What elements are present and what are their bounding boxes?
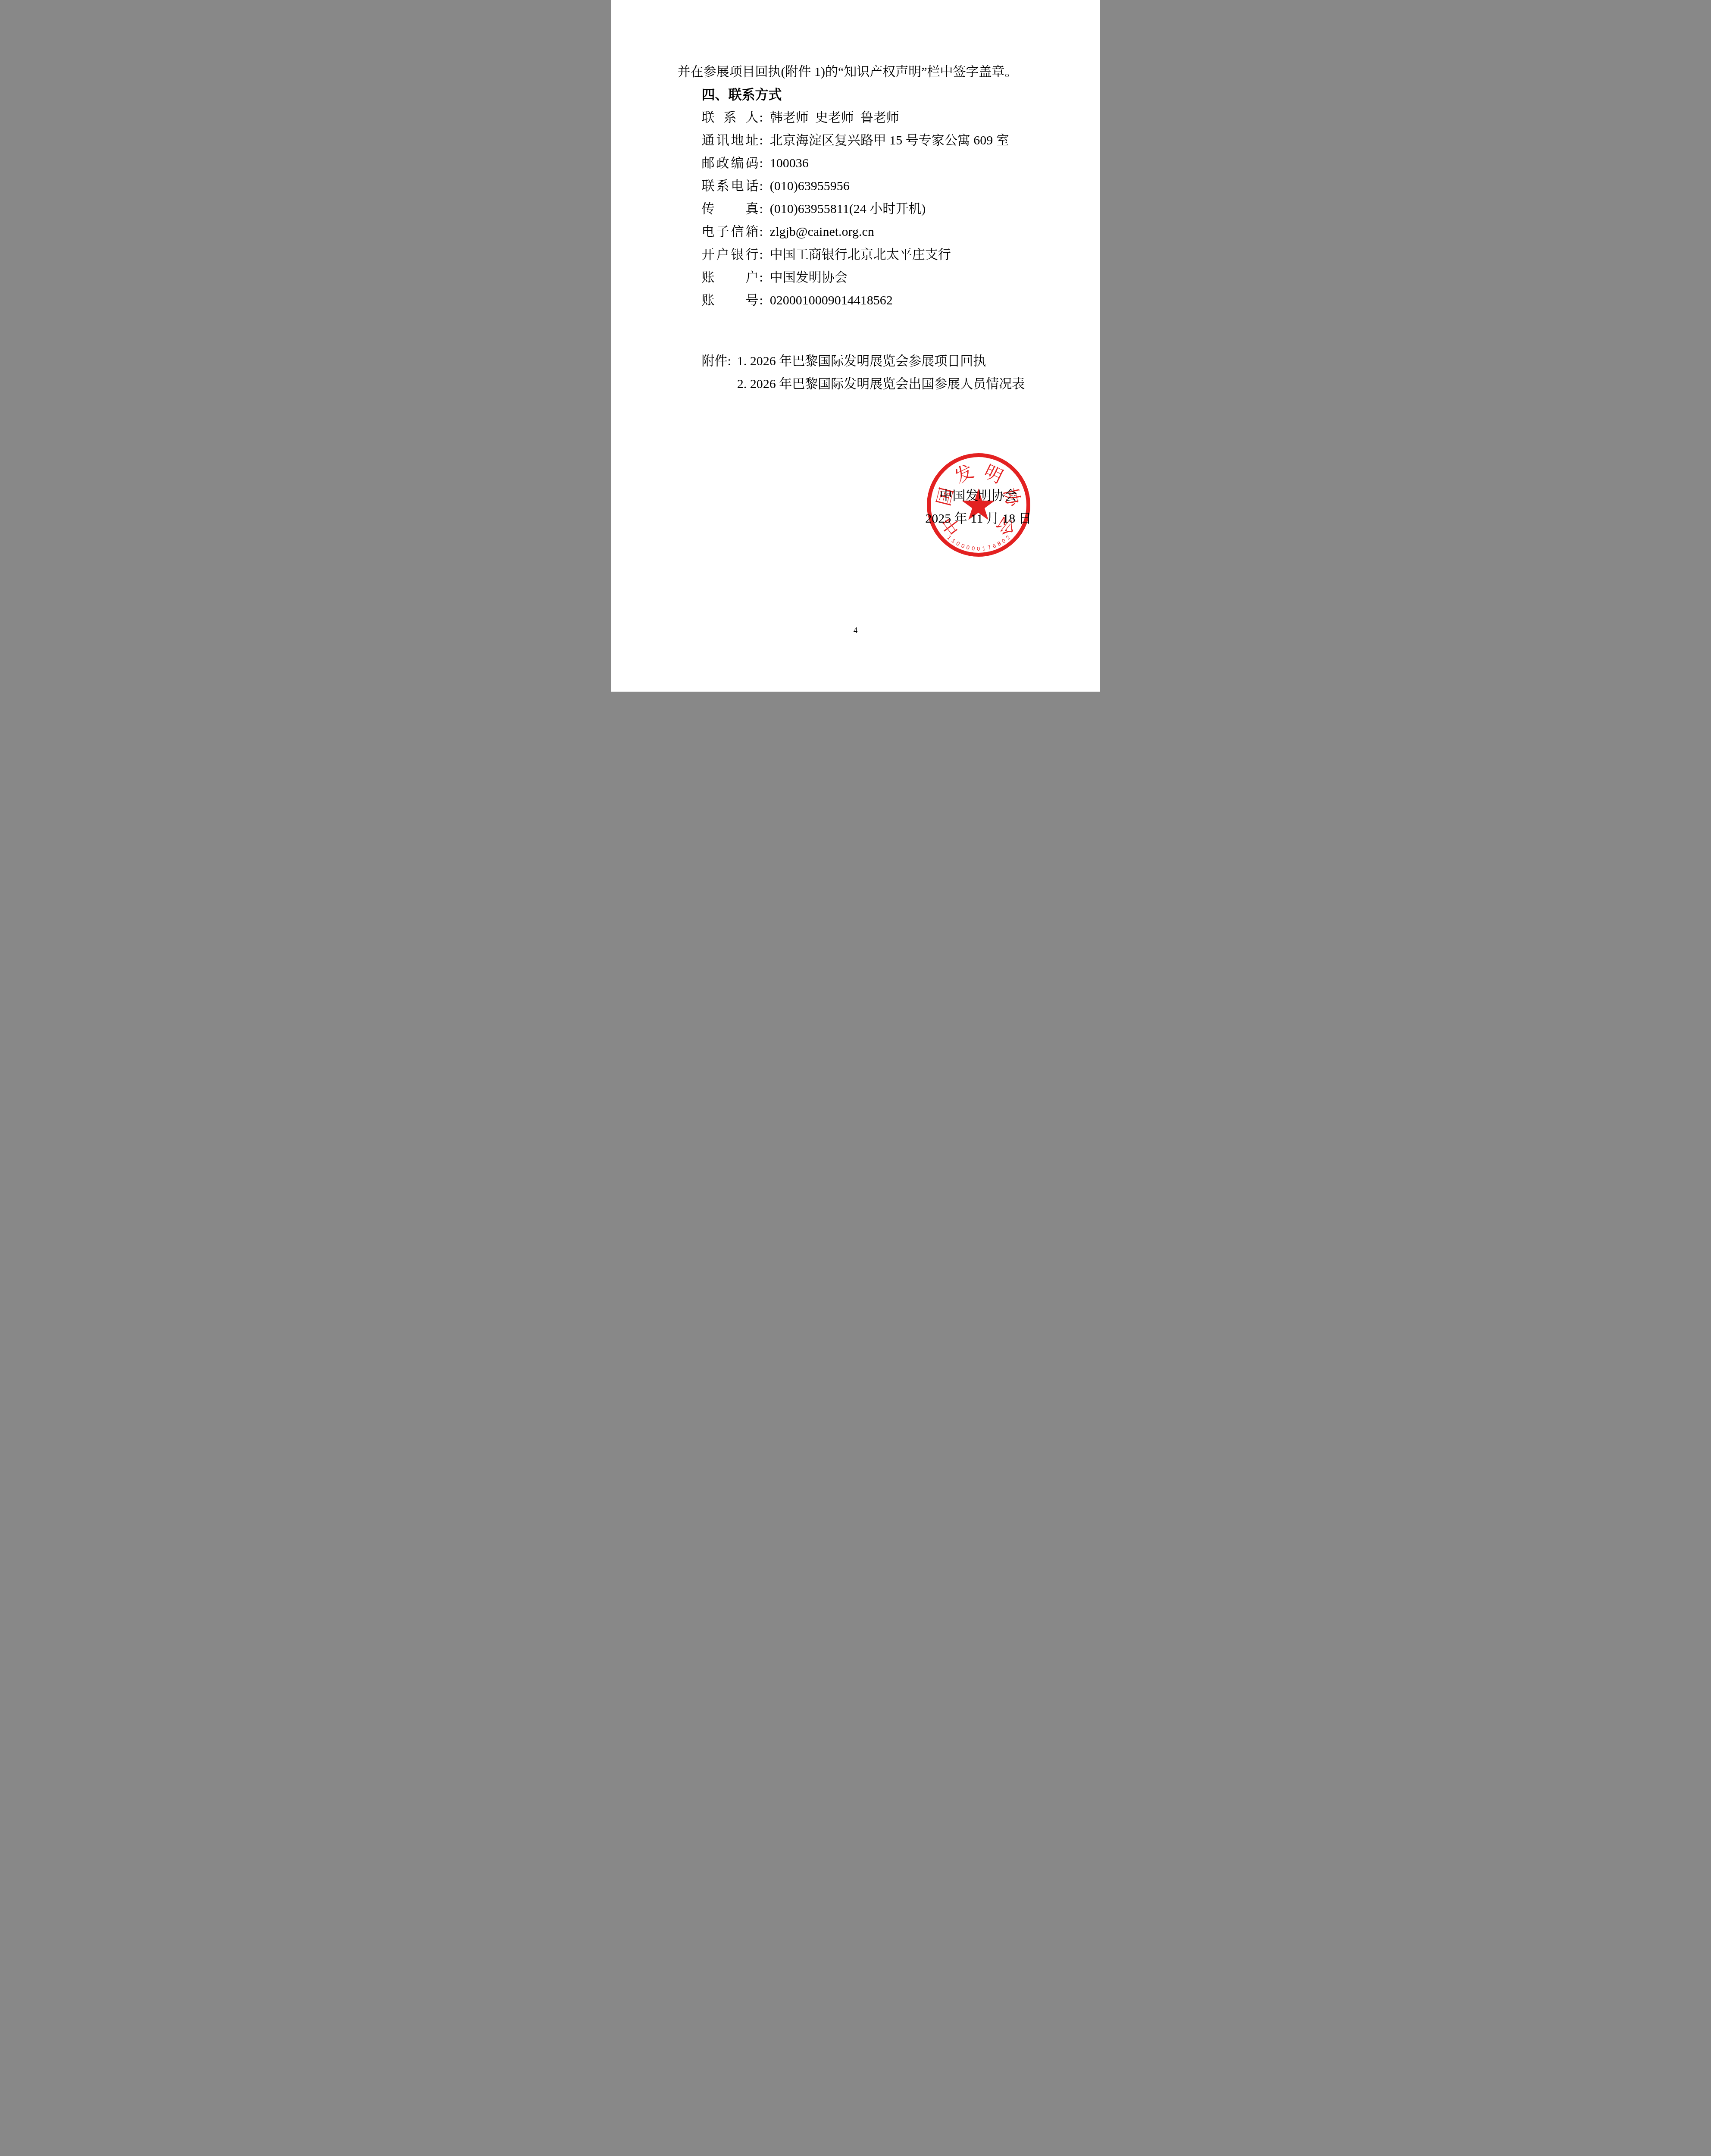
label-char: 子	[716, 220, 729, 243]
contact-colon: :	[760, 106, 763, 129]
label-char: 户	[716, 243, 729, 266]
label-char: 联	[702, 106, 715, 129]
label-char: 政	[716, 152, 729, 175]
contact-label: 账号	[702, 289, 759, 312]
document-page: 并在参展项目回执(附件 1)的“知识产权声明”栏中签字盖章。 四、联系方式 联系…	[611, 0, 1100, 692]
label-char: 系	[724, 106, 737, 129]
contact-colon: :	[760, 152, 763, 175]
label-char: 话	[746, 175, 759, 197]
contact-label: 电子信箱	[702, 220, 759, 243]
section-heading: 四、联系方式	[702, 83, 1040, 106]
label-char: 讯	[716, 129, 729, 152]
contact-colon: :	[760, 175, 763, 197]
label-char: 银	[731, 243, 744, 266]
contact-row: 联系电话:(010)63955956	[702, 175, 1040, 197]
contact-row: 开户银行:中国工商银行北京北太平庄支行	[702, 243, 1040, 266]
contact-label: 开户银行	[702, 243, 759, 266]
document-content: 并在参展项目回执(附件 1)的“知识产权声明”栏中签字盖章。 四、联系方式 联系…	[678, 60, 1040, 395]
label-char: 信	[731, 220, 744, 243]
label-char: 联	[702, 175, 715, 197]
attachment-item: 2. 2026 年巴黎国际发明展览会出国参展人员情况表	[737, 373, 1025, 395]
contact-value: 韩老师 史老师 鲁老师	[770, 106, 899, 129]
contact-row: 通讯地址:北京海淀区复兴路甲 15 号专家公寓 609 室	[702, 129, 1040, 152]
attachment-item: 1. 2026 年巴黎国际发明展览会参展项目回执	[737, 350, 1025, 373]
label-char: 号	[746, 289, 759, 312]
signature-date: 2025 年 11 月 18 日	[892, 507, 1065, 530]
label-char: 传	[702, 197, 715, 220]
contact-value: (010)63955956	[770, 175, 850, 197]
contact-value: 100036	[770, 152, 809, 175]
contact-value: (010)63955811(24 小时开机)	[770, 197, 926, 220]
contact-label: 联系人	[702, 106, 759, 129]
contact-label: 联系电话	[702, 175, 759, 197]
attachments-block: 附件: 1. 2026 年巴黎国际发明展览会参展项目回执2. 2026 年巴黎国…	[702, 350, 1040, 395]
label-char: 账	[702, 266, 715, 289]
signature-org: 中国发明协会	[892, 484, 1065, 507]
page-number: 4	[611, 626, 1100, 636]
contact-value: 中国工商银行北京北太平庄支行	[770, 243, 951, 266]
label-char: 电	[702, 220, 715, 243]
contact-colon: :	[760, 197, 763, 220]
label-char: 行	[746, 243, 759, 266]
contact-row: 传真:(010)63955811(24 小时开机)	[702, 197, 1040, 220]
contact-row: 邮政编码:100036	[702, 152, 1040, 175]
contact-colon: :	[760, 220, 763, 243]
attachments-items: 1. 2026 年巴黎国际发明展览会参展项目回执2. 2026 年巴黎国际发明展…	[737, 350, 1025, 395]
signature-block: 中国发明协会 2025 年 11 月 18 日	[892, 484, 1065, 530]
contact-label: 通讯地址	[702, 129, 759, 152]
contact-colon: :	[760, 266, 763, 289]
contact-colon: :	[760, 289, 763, 312]
contact-row: 电子信箱:zlgjb@cainet.org.cn	[702, 220, 1040, 243]
label-char: 址	[746, 129, 759, 152]
label-char: 箱	[746, 220, 759, 243]
label-char: 通	[702, 129, 715, 152]
attachments-label: 附件:	[702, 350, 731, 373]
contact-row: 账户:中国发明协会	[702, 266, 1040, 289]
label-char: 邮	[702, 152, 715, 175]
contact-value: 北京海淀区复兴路甲 15 号专家公寓 609 室	[770, 129, 1009, 152]
label-char: 地	[731, 129, 744, 152]
label-char: 码	[746, 152, 759, 175]
contact-value: zlgjb@cainet.org.cn	[770, 220, 874, 243]
label-char: 账	[702, 289, 715, 312]
label-char: 真	[746, 197, 759, 220]
contact-row: 账号:0200010009014418562	[702, 289, 1040, 312]
contact-colon: :	[760, 129, 763, 152]
contact-label: 传真	[702, 197, 759, 220]
intro-paragraph: 并在参展项目回执(附件 1)的“知识产权声明”栏中签字盖章。	[678, 60, 1040, 83]
label-char: 系	[716, 175, 729, 197]
attachments-colon: :	[728, 354, 731, 368]
contact-colon: :	[760, 243, 763, 266]
seal-arc-char: 发	[951, 462, 976, 487]
seal-arc-char: 明	[980, 462, 1006, 487]
contact-row: 联系人:韩老师 史老师 鲁老师	[702, 106, 1040, 129]
contact-label: 邮政编码	[702, 152, 759, 175]
label-char: 人	[746, 106, 759, 129]
label-char: 开	[702, 243, 715, 266]
contact-list: 联系人:韩老师 史老师 鲁老师通讯地址:北京海淀区复兴路甲 15 号专家公寓 6…	[678, 106, 1040, 312]
contact-value: 0200010009014418562	[770, 289, 893, 312]
label-char: 编	[731, 152, 744, 175]
label-char: 户	[746, 266, 759, 289]
attachments-label-text: 附件	[702, 354, 728, 368]
label-char: 电	[731, 175, 744, 197]
contact-value: 中国发明协会	[770, 266, 848, 289]
contact-label: 账户	[702, 266, 759, 289]
